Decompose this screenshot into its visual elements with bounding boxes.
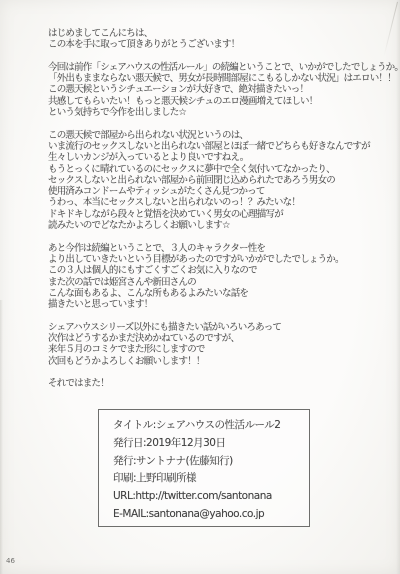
colophon-line: URL:http://twitter.com/santonana [113, 488, 309, 506]
text-line: この悪天候というシチュエーションが大好きで、絶対描きたいっ！ [48, 84, 400, 95]
text-line: 次回もどうかよろしくお願いします！！ [48, 356, 400, 367]
text-line: もうとっくに晴れているのにセックスに夢中で全く気付いてなかったり、 [48, 164, 400, 175]
paragraph-greeting: はじめましてこんにちは、この本を手に取って頂きありがとうございます！ [48, 28, 400, 51]
text-line: シェアハウスシリーズ以外にも描きたい話がいろいろあって [48, 322, 400, 333]
text-line: 読みたいのでどなたかよろしくお願いします☆ [48, 220, 400, 231]
afterword-page: はじめましてこんにちは、この本を手に取って頂きありがとうございます！ 今回は前作… [0, 0, 400, 574]
paragraph-characters: あと今作は続編ということで、３人のキャラクター性をより出していきたいという目標が… [48, 243, 400, 311]
colophon-box: タイトル:シェアハウスの性活ルール2発行日:2019年12月30日発行:サントナ… [98, 409, 310, 527]
page-number: 46 [6, 557, 15, 565]
text-line: うわっ、本当にセックスしないと出られないのっ！？みたいな！ [48, 197, 400, 208]
text-line: という気持ちで今作を出しました☆ [48, 107, 400, 118]
text-line: 次作はどうするかまだ決めかねているのですが、 [48, 333, 400, 344]
text-line: 共感してもらいたい！もっと悪天候シチュのエロ漫画増えてほしい！ [48, 96, 400, 107]
text-line: はじめましてこんにちは、 [48, 28, 400, 39]
paragraph-next-work: シェアハウスシリーズ以外にも描きたい話がいろいろあって次作はどうするかまだ決めか… [48, 322, 400, 367]
text-line: こんな面もあるよ、こんな所もあるよみたいな話を [48, 288, 400, 299]
afterword-text: はじめましてこんにちは、この本を手に取って頂きありがとうございます！ 今回は前作… [48, 28, 400, 390]
colophon-line: 印刷:上野印刷所様 [113, 470, 309, 488]
paragraph-sequel-intro: 今回は前作「シェアハウスの性活ルール」の続編ということで、いかがでしたでしょうか… [48, 62, 400, 118]
scan-edge-left [0, 300, 3, 574]
text-line: それではまた！ [48, 378, 400, 389]
text-line: この本を手に取って頂きありがとうございます！ [48, 39, 400, 50]
colophon-line: 発行:サントナナ(佐藤知行) [113, 453, 309, 471]
text-line: 使用済みコンドームやティッシュがたくさん見つかって [48, 186, 400, 197]
text-line: あと今作は続編ということで、３人のキャラクター性を [48, 243, 400, 254]
paragraph-closing: それではまた！ [48, 378, 400, 389]
colophon-line: E-MAIL:santonana@yahoo.co.jp [113, 506, 309, 524]
text-line: 生々しいカンジが入っているとより良いですねえ。 [48, 152, 400, 163]
text-line: また次の話では姫宮さんや新田さんの [48, 277, 400, 288]
text-line: この３人は個人的にもすごくすごくお気に入りなので [48, 265, 400, 276]
text-line: ドキドキしながら段々と覚悟を決めていく男女の心理描写が [48, 209, 400, 220]
text-line: より出していきたいという目標があったのですがいかがでしたでしょうか。 [48, 254, 400, 265]
colophon-line: 発行日:2019年12月30日 [113, 435, 309, 453]
paragraph-situation: この悪天候で部屋から出られない状況というのは、いま流行のセックスしないと出られな… [48, 130, 400, 232]
text-line: 来年５月のコミケでまた形にしますので [48, 344, 400, 355]
text-line: 描きたいと思っています！ [48, 299, 400, 310]
text-line: 「外出もままならない悪天候で、男女が長時間部屋にこもるしかない状況」はエロい！！ [48, 73, 400, 84]
text-line: この悪天候で部屋から出られない状況というのは、 [48, 130, 400, 141]
colophon-line: タイトル:シェアハウスの性活ルール2 [113, 417, 309, 435]
text-line: いま流行のセックスしないと出られない部屋とほぼ一緒でどちらも好きなんですが [48, 141, 400, 152]
text-line: セックスしないと出られない部屋から前回閉じ込められたであろう男女の [48, 175, 400, 186]
text-line: 今回は前作「シェアハウスの性活ルール」の続編ということで、いかがでしたでしょうか… [48, 62, 400, 73]
